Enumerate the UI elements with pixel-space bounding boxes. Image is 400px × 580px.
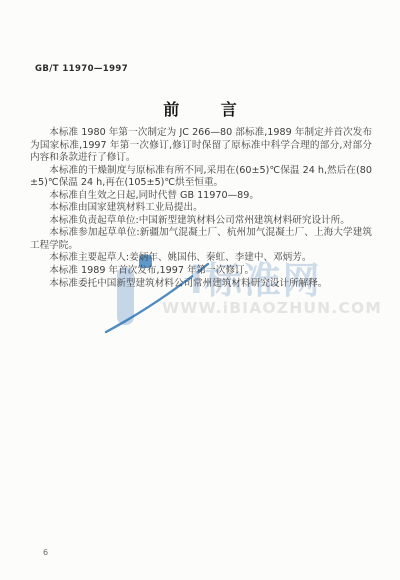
paragraph: 本标准由国家建筑材料工业局提出。 bbox=[30, 202, 372, 215]
standard-code: GB/T 11970—1997 bbox=[35, 64, 128, 74]
watermark-site-url: WWW.iBIAOZHUN.COM bbox=[162, 299, 382, 317]
paragraph: 本标准委托中国新型建筑材料公司常州建筑材料研究设计所解释。 bbox=[30, 278, 372, 291]
paragraph: 本标准负责起草单位:中国新型建筑材料公司常州建筑材料研究设计所。 bbox=[30, 215, 372, 228]
paragraph: 本标准参加起草单位:新疆加气混凝土厂、杭州加气混凝土厂、上海大学建筑工程学院。 bbox=[30, 227, 372, 252]
paragraph: 本标准主要起草人:姜炳年、姚国伟、秦虹、李建中、邓炳芳。 bbox=[30, 252, 372, 265]
section-title: 前言 bbox=[0, 97, 400, 120]
paragraph: 本标准的干燥制度与原标准有所不同,采用在(60±5)℃保温 24 h,然后在(8… bbox=[30, 165, 372, 190]
foreword-body: 本标准 1980 年第一次制定为 JC 266—80 部标准,1989 年制定并… bbox=[30, 127, 372, 290]
paragraph: 本标准自生效之日起,同时代替 GB 11970—89。 bbox=[30, 190, 372, 203]
paragraph: 本标准 1980 年第一次制定为 JC 266—80 部标准,1989 年制定并… bbox=[30, 127, 372, 165]
paragraph: 本标准 1989 年首次发布,1997 年第一次修订。 bbox=[30, 265, 372, 278]
page-number: 6 bbox=[43, 548, 48, 557]
document-page: i标准网 WWW.iBIAOZHUN.COM GB/T 11970—1997 前… bbox=[0, 0, 400, 580]
